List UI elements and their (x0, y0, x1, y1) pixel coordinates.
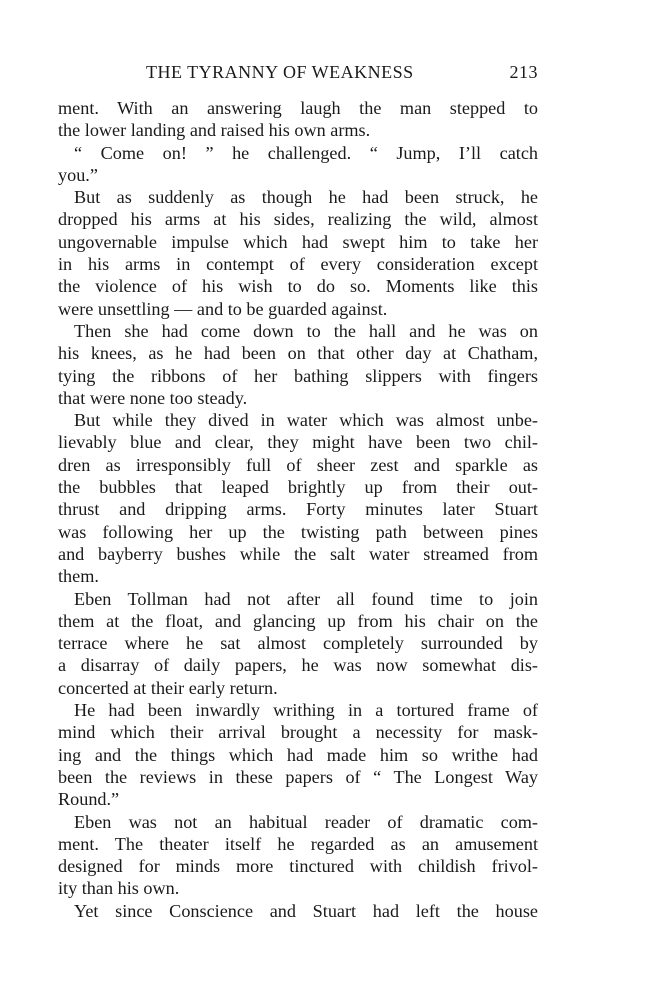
text-line: the bubbles that leaped brightly up from… (58, 476, 538, 498)
text-line: Yet since Conscience and Stuart had left… (58, 900, 538, 922)
page-body-text: ment. With an answering laugh the man st… (58, 97, 538, 922)
text-line: that were none too steady. (58, 387, 538, 409)
text-line: Then she had come down to the hall and h… (58, 320, 538, 342)
text-line: But as suddenly as though he had been st… (58, 186, 538, 208)
text-line: tying the ribbons of her bathing slipper… (58, 365, 538, 387)
text-line: He had been inwardly writhing in a tortu… (58, 699, 538, 721)
text-line: ungovernable impulse which had swept him… (58, 231, 538, 253)
text-line: them at the float, and glancing up from … (58, 610, 538, 632)
text-line: was following her up the twisting path b… (58, 521, 538, 543)
text-line: ity than his own. (58, 877, 538, 899)
text-line: them. (58, 565, 538, 587)
text-line: in his arms in contempt of every conside… (58, 253, 538, 275)
text-line: But while they dived in water which was … (58, 409, 538, 431)
text-line: dren as irresponsibly full of sheer zest… (58, 454, 538, 476)
text-line: his knees, as he had been on that other … (58, 342, 538, 364)
text-line: ment. With an answering laugh the man st… (58, 97, 538, 119)
text-line: Eben was not an habitual reader of drama… (58, 811, 538, 833)
text-line: been the reviews in these papers of “ Th… (58, 766, 538, 788)
text-line: a disarray of daily papers, he was now s… (58, 654, 538, 676)
text-line: you.” (58, 164, 538, 186)
text-line: mind which their arrival brought a neces… (58, 721, 538, 743)
text-line: the violence of his wish to do so. Momen… (58, 275, 538, 297)
text-line: ment. The theater itself he regarded as … (58, 833, 538, 855)
text-line: terrace where he sat almost completely s… (58, 632, 538, 654)
text-line: concerted at their early return. (58, 677, 538, 699)
text-line: were unsettling — and to be guarded agai… (58, 298, 538, 320)
text-line: Round.” (58, 788, 538, 810)
text-line: “ Come on! ” he challenged. “ Jump, I’ll… (58, 142, 538, 164)
text-line: and bayberry bushes while the salt water… (58, 543, 538, 565)
text-line: dropped his arms at his sides, realizing… (58, 208, 538, 230)
running-title: THE TYRANNY OF WEAKNESS (146, 62, 414, 83)
text-line: thrust and dripping arms. Forty minutes … (58, 498, 538, 520)
page-number: 213 (510, 62, 539, 83)
text-line: designed for minds more tinctured with c… (58, 855, 538, 877)
text-line: the lower landing and raised his own arm… (58, 119, 538, 141)
text-line: Eben Tollman had not after all found tim… (58, 588, 538, 610)
text-line: lievably blue and clear, they might have… (58, 431, 538, 453)
text-line: ing and the things which had made him so… (58, 744, 538, 766)
